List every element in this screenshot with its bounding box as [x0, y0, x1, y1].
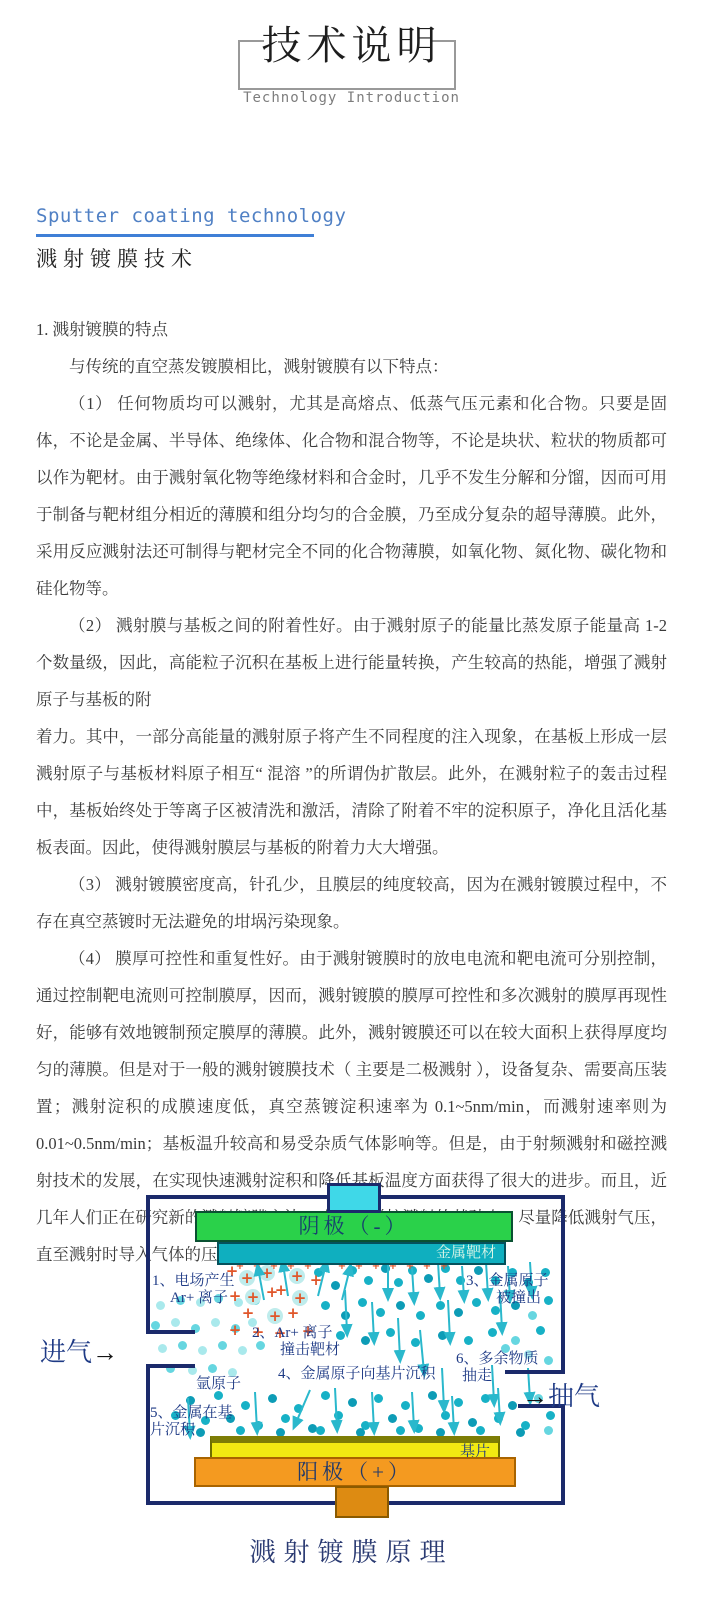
atom-dot — [241, 1401, 250, 1410]
anode-pedestal — [335, 1486, 389, 1518]
atom-dot — [476, 1426, 485, 1435]
ion-plus: + — [287, 1305, 300, 1321]
electrode-feedthrough — [327, 1183, 381, 1213]
heading-underline — [36, 234, 314, 237]
atom-dot — [151, 1321, 160, 1330]
atom-dot — [416, 1311, 425, 1320]
atom-dot — [208, 1364, 217, 1373]
atom-dot — [361, 1336, 370, 1345]
anode-plate: 阳极（+） — [194, 1457, 516, 1487]
atom-dot — [536, 1326, 545, 1335]
page-title: 技术说明 — [0, 14, 703, 71]
atom-dot — [494, 1414, 503, 1423]
label-argon-atoms: 氩原子 — [196, 1376, 241, 1393]
ion-plus: + — [245, 1289, 261, 1305]
ion-plus: + — [266, 1284, 279, 1300]
atom-dot — [428, 1391, 437, 1400]
atom-dot — [281, 1414, 290, 1423]
atom-dot — [491, 1306, 500, 1315]
ion-plus: + — [229, 1322, 242, 1338]
atom-dot — [198, 1346, 207, 1355]
right-arrow-icon: → — [522, 1382, 548, 1411]
atom-dot — [186, 1396, 195, 1405]
label-step4-deposition: 4、金属原子向基片沉积 — [278, 1366, 436, 1383]
atom-dot — [388, 1414, 397, 1423]
atom-dot — [341, 1311, 350, 1320]
cathode-plate: 阴极（-） — [195, 1211, 513, 1242]
atom-dot — [394, 1278, 403, 1287]
atom-dot — [321, 1301, 330, 1310]
atom-dot — [528, 1311, 537, 1320]
atom-dot — [386, 1328, 395, 1337]
inlet-duct-top — [148, 1330, 195, 1334]
atom-dot — [178, 1341, 187, 1350]
atom-dot — [316, 1426, 325, 1435]
atom-dot — [516, 1428, 525, 1437]
atom-dot — [544, 1356, 553, 1365]
atom-dot — [254, 1421, 263, 1430]
atom-dot — [441, 1411, 450, 1420]
section-heading: Sputter coating technology 溅射镀膜技术 — [36, 205, 667, 273]
ion-plus: + — [242, 1305, 255, 1321]
atom-dot — [401, 1401, 410, 1410]
atom-dot — [438, 1331, 447, 1340]
atom-dot — [374, 1394, 383, 1403]
right-arrow-icon: → — [92, 1338, 118, 1367]
header: 技术说明 Technology Introduction — [0, 0, 703, 130]
gas-inlet-label: 进气→ — [40, 1332, 118, 1369]
atom-dot — [488, 1328, 497, 1337]
atom-dot — [364, 1276, 373, 1285]
atom-dot — [218, 1341, 227, 1350]
label-step2-ion-bombardment: 2、Ar+ 离子 撞击靶材 — [252, 1325, 340, 1359]
atom-dot — [424, 1274, 433, 1283]
section-heading-zh: 溅射镀膜技术 — [36, 243, 667, 273]
metal-target: 金属靶材 — [217, 1242, 506, 1265]
label-step1-ion-generation: 1、电场产生 Ar+ 离子 — [152, 1273, 235, 1307]
gas-outlet-label: →抽气 — [522, 1376, 600, 1413]
atom-dot — [436, 1301, 445, 1310]
atom-dot — [454, 1398, 463, 1407]
atom-dot — [238, 1346, 247, 1355]
label-step5-metal-on-substrate: 5、金属在基 片沉积 — [150, 1405, 233, 1439]
atom-dot — [396, 1301, 405, 1310]
atom-dot — [456, 1276, 465, 1285]
atom-dot — [334, 1411, 343, 1420]
atom-dot — [158, 1344, 167, 1353]
atom-dot — [236, 1426, 245, 1435]
paragraph: （3） 溅射镀膜密度高，针孔少，且膜层的纯度较高，因为在溅射镀膜过程中，不存在真… — [36, 866, 667, 940]
atom-dot — [321, 1391, 330, 1400]
atom-dot — [294, 1404, 303, 1413]
ion-plus: + — [267, 1308, 283, 1324]
atom-dot — [454, 1308, 463, 1317]
atom-dot — [396, 1426, 405, 1435]
inlet-duct-bottom — [148, 1364, 195, 1368]
paragraph: 与传统的直空蒸发镀膜相比，溅射镀膜有以下特点： — [36, 348, 667, 385]
paragraph: （1） 任何物质均可以溅射，尤其是高熔点、低蒸气压元素和化合物。只要是固体，不论… — [36, 385, 667, 607]
label-step3-atoms-ejected: 3、金属原子 被撞出 — [466, 1273, 549, 1307]
atom-dot — [358, 1298, 367, 1307]
document-page: 技术说明 Technology Introduction Sputter coa… — [0, 0, 703, 1600]
atom-dot — [211, 1318, 220, 1327]
atom-dot — [511, 1336, 520, 1345]
paragraph: 1. 溅射镀膜的特点 — [36, 311, 667, 348]
atom-dot — [414, 1424, 423, 1433]
atom-dot — [544, 1426, 553, 1435]
atom-dot — [331, 1281, 340, 1290]
body-text: 1. 溅射镀膜的特点 与传统的直空蒸发镀膜相比，溅射镀膜有以下特点： （1） 任… — [36, 311, 667, 1273]
atom-dot — [481, 1394, 490, 1403]
atom-dot — [348, 1398, 357, 1407]
sputtering-diagram: 阴极（-） 金属靶材 +++++++++++++++++++++++++++++… — [0, 1160, 703, 1600]
atom-dot — [464, 1336, 473, 1345]
page-subtitle: Technology Introduction — [0, 90, 703, 106]
paragraph: 着力。其中，一部分高能量的溅射原子将产生不同程度的注入现象，在基板上形成一层溅射… — [36, 718, 667, 866]
atom-dot — [508, 1401, 517, 1410]
atom-dot — [411, 1338, 420, 1347]
atom-dot — [468, 1418, 477, 1427]
section-heading-en: Sputter coating technology — [36, 205, 667, 227]
paragraph: （2） 溅射膜与基板之间的附着性好。由于溅射原子的能量比蒸发原子能量高 1-2 … — [36, 607, 667, 718]
atom-dot — [268, 1394, 277, 1403]
atom-dot — [171, 1318, 180, 1327]
atom-dot — [376, 1308, 385, 1317]
